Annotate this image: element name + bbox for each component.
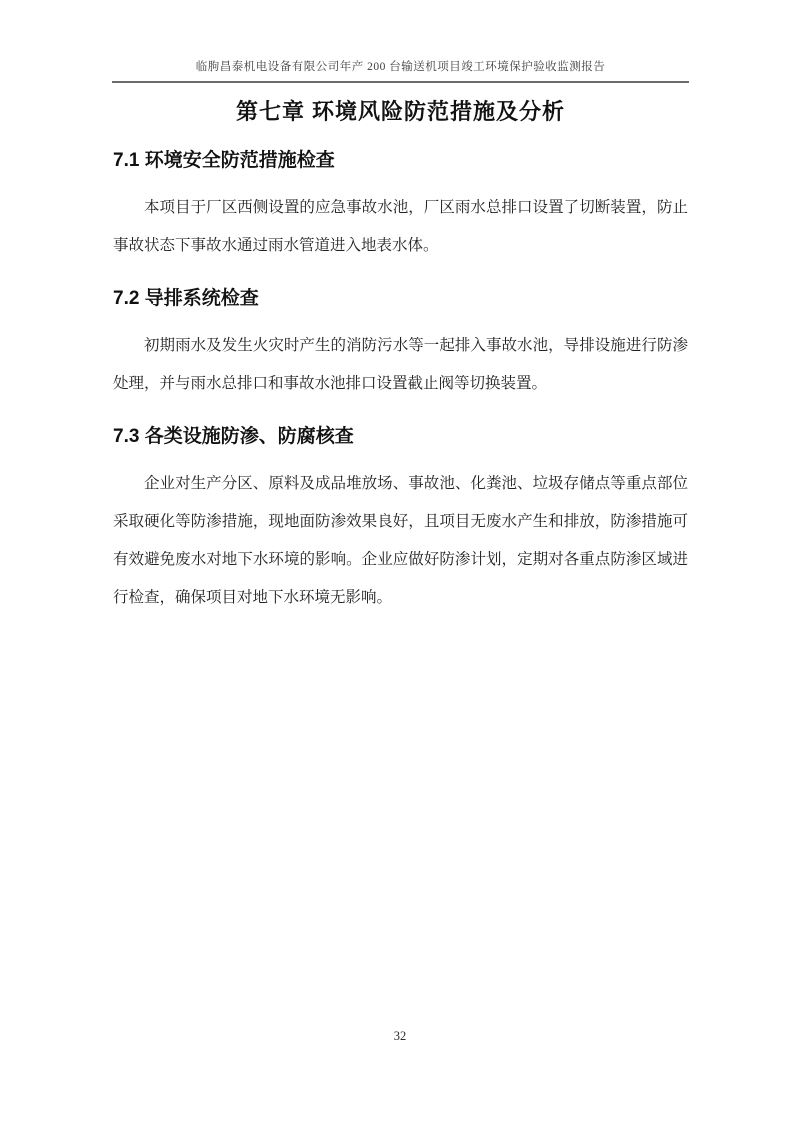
section-7-2-heading: 7.2 导排系统检查 <box>113 287 688 311</box>
document-content: 第七章 环境风险防范措施及分析 7.1 环境安全防范措施检查 本项目于厂区西侧设… <box>113 79 688 617</box>
page-number: 32 <box>0 1029 800 1044</box>
section-7-3-paragraph: 企业对生产分区、原料及成品堆放场、事故池、化粪池、垃圾存储点等重点部位采取硬化等… <box>113 465 688 617</box>
chapter-title: 第七章 环境风险防范措施及分析 <box>113 97 688 127</box>
section-7-1-paragraph: 本项目于厂区西侧设置的应急事故水池，厂区雨水总排口设置了切断装置，防止事故状态下… <box>113 189 688 265</box>
section-7-3-heading: 7.3 各类设施防渗、防腐核查 <box>113 425 688 449</box>
section-7-2-paragraph: 初期雨水及发生火灾时产生的消防污水等一起排入事故水池，导排设施进行防渗处理，并与… <box>113 327 688 403</box>
section-7-1: 7.1 环境安全防范措施检查 本项目于厂区西侧设置的应急事故水池，厂区雨水总排口… <box>113 149 688 265</box>
document-page: 临朐昌泰机电设备有限公司年产 200 台输送机项目竣工环境保护验收监测报告 第七… <box>0 0 800 1131</box>
header-title: 临朐昌泰机电设备有限公司年产 200 台输送机项目竣工环境保护验收监测报告 <box>196 61 606 73</box>
section-7-1-heading: 7.1 环境安全防范措施检查 <box>113 149 688 173</box>
section-7-2: 7.2 导排系统检查 初期雨水及发生火灾时产生的消防污水等一起排入事故水池，导排… <box>113 287 688 403</box>
section-7-3: 7.3 各类设施防渗、防腐核查 企业对生产分区、原料及成品堆放场、事故池、化粪池… <box>113 425 688 617</box>
